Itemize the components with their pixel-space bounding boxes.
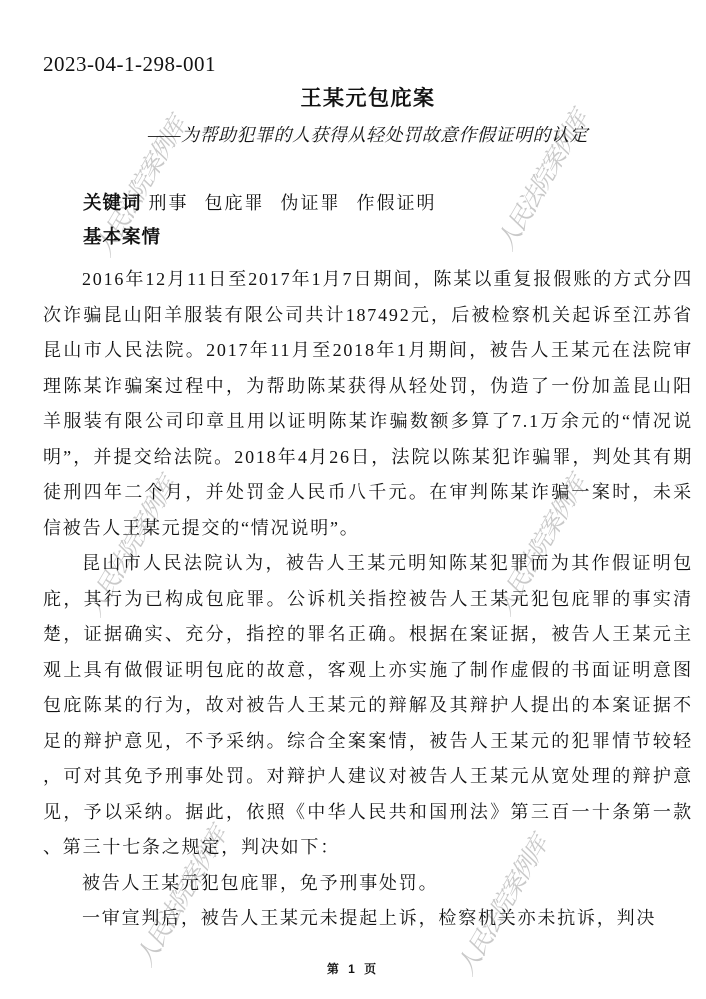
paragraph: 昆山市人民法院认为，被告人王某元明知陈某犯罪而为其作假证明包庇，其行为已构成包庇… [43, 546, 693, 866]
keywords-label: 关键词 [83, 192, 142, 213]
case-body: 2016年12月11日至2017年1月7日期间，陈某以重复报假账的方式分四次诈骗… [43, 262, 693, 937]
keyword-item: 包庇罪 [205, 193, 265, 213]
page-number: 第 1 页 [0, 960, 706, 977]
keyword-item: 伪证罪 [281, 193, 341, 213]
case-title: 王某元包庇案 [43, 82, 693, 112]
keywords-row: 关键词刑事包庇罪伪证罪作假证明 [83, 189, 453, 215]
section-heading-basic-facts: 基本案情 [83, 223, 161, 249]
case-subtitle: ——为帮助犯罪的人获得从轻处罚故意作假证明的认定 [43, 121, 693, 147]
keyword-item: 刑事 [149, 193, 189, 213]
doc-number: 2023-04-1-298-001 [43, 52, 216, 77]
keyword-item: 作假证明 [357, 193, 437, 213]
paragraph: 2016年12月11日至2017年1月7日期间，陈某以重复报假账的方式分四次诈骗… [43, 262, 693, 546]
paragraph: 一审宣判后，被告人王某元未提起上诉，检察机关亦未抗诉，判决 [43, 901, 693, 937]
document-page: 人民法院案例库 人民法院案例库 人民法院案例库 人民法院案例库 人民法院案例库 … [0, 0, 706, 999]
paragraph: 被告人王某元犯包庇罪，免予刑事处罚。 [43, 866, 693, 902]
